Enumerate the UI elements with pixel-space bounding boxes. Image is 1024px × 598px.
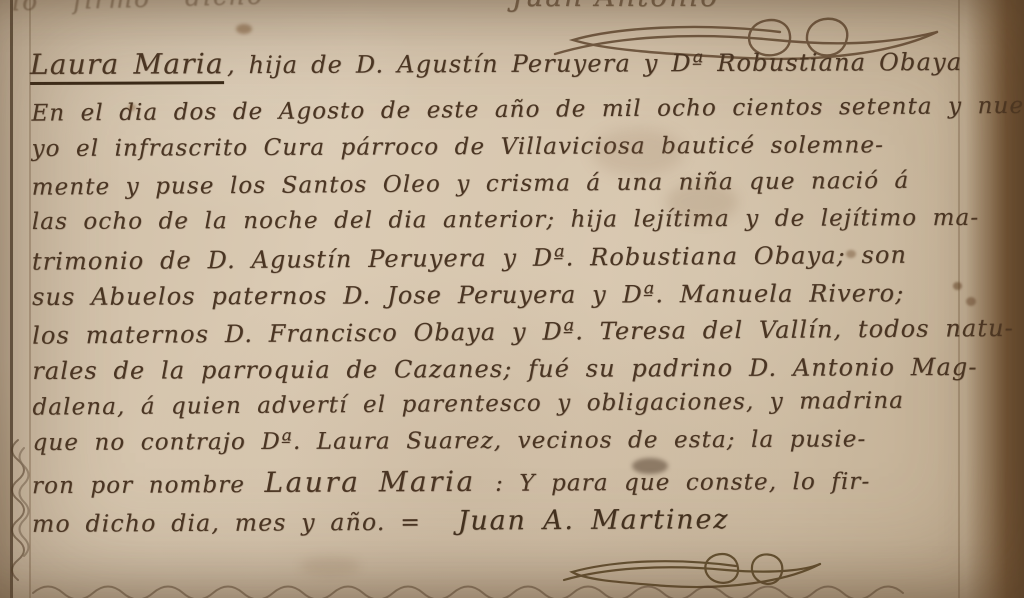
signature-line-text: mo dicho dia, mes y año. = xyxy=(32,508,421,538)
naming-line-child-name: Laura Maria xyxy=(264,465,475,499)
foxing-spot xyxy=(953,282,962,290)
record-naming-line: ron por nombre Laura Maria : Y para que … xyxy=(32,463,871,500)
record-heading-child-name: Laura Maria xyxy=(30,47,224,85)
record-line-7: los maternos D. Francisco Obaya y Dª. Te… xyxy=(32,314,962,358)
left-margin-rule xyxy=(29,0,31,598)
record-line-3: mente y puse los Santos Oleo y crisma á … xyxy=(32,167,962,211)
record-signature-line: mo dicho dia, mes y año. = Juan A. Marti… xyxy=(32,504,729,539)
foxing-spot xyxy=(128,104,136,111)
naming-line-suffix: : Y para que conste, lo fir- xyxy=(495,469,870,497)
record-line-10: que no contrajo Dª. Laura Suarez, vecino… xyxy=(33,426,963,467)
record-line-5: trimonio de D. Agustín Peruyera y Dª. Ro… xyxy=(32,241,962,285)
record-line-2: yo el infrascrito Cura párroco de Villav… xyxy=(31,132,961,173)
paper-smudge xyxy=(300,556,360,576)
record-line-8: rales de la parroquia de Cazanes; fué su… xyxy=(32,353,962,394)
foxing-spot xyxy=(846,250,856,258)
naming-line-prefix: ron por nombre xyxy=(32,472,245,499)
record-line-6: sus Abuelos paternos D. Jose Peruyera y … xyxy=(32,279,962,320)
record-heading-parents: , hija de D. Agustín Peruyera y Dª Robus… xyxy=(227,48,963,79)
next-record-cutoff-script xyxy=(28,580,958,598)
foxing-spot xyxy=(966,297,976,306)
paper-smudge xyxy=(666,182,738,222)
record-body: En el dia dos de Agosto de este año de m… xyxy=(31,95,962,466)
manuscript-page: lo firmó dicho Juan Antonio Laura Maria,… xyxy=(0,0,1024,598)
record-line-9: dalena, á quien advertí el parentesco y … xyxy=(32,388,962,432)
priest-signature: Juan A. Martinez xyxy=(458,504,730,536)
record-line-4: las ocho de la noche del dia anterior; h… xyxy=(32,205,962,246)
record-heading: Laura Maria, hija de D. Agustín Peruyera… xyxy=(30,44,962,81)
marginal-note-vertical-script xyxy=(2,436,28,596)
record-line-1: En el dia dos de Agosto de este año de m… xyxy=(31,93,961,137)
ink-blot xyxy=(632,458,668,474)
foxing-spot xyxy=(236,24,252,34)
previous-record-closing-fragment: lo firmó dicho xyxy=(12,0,265,16)
paper-smudge xyxy=(592,128,684,176)
